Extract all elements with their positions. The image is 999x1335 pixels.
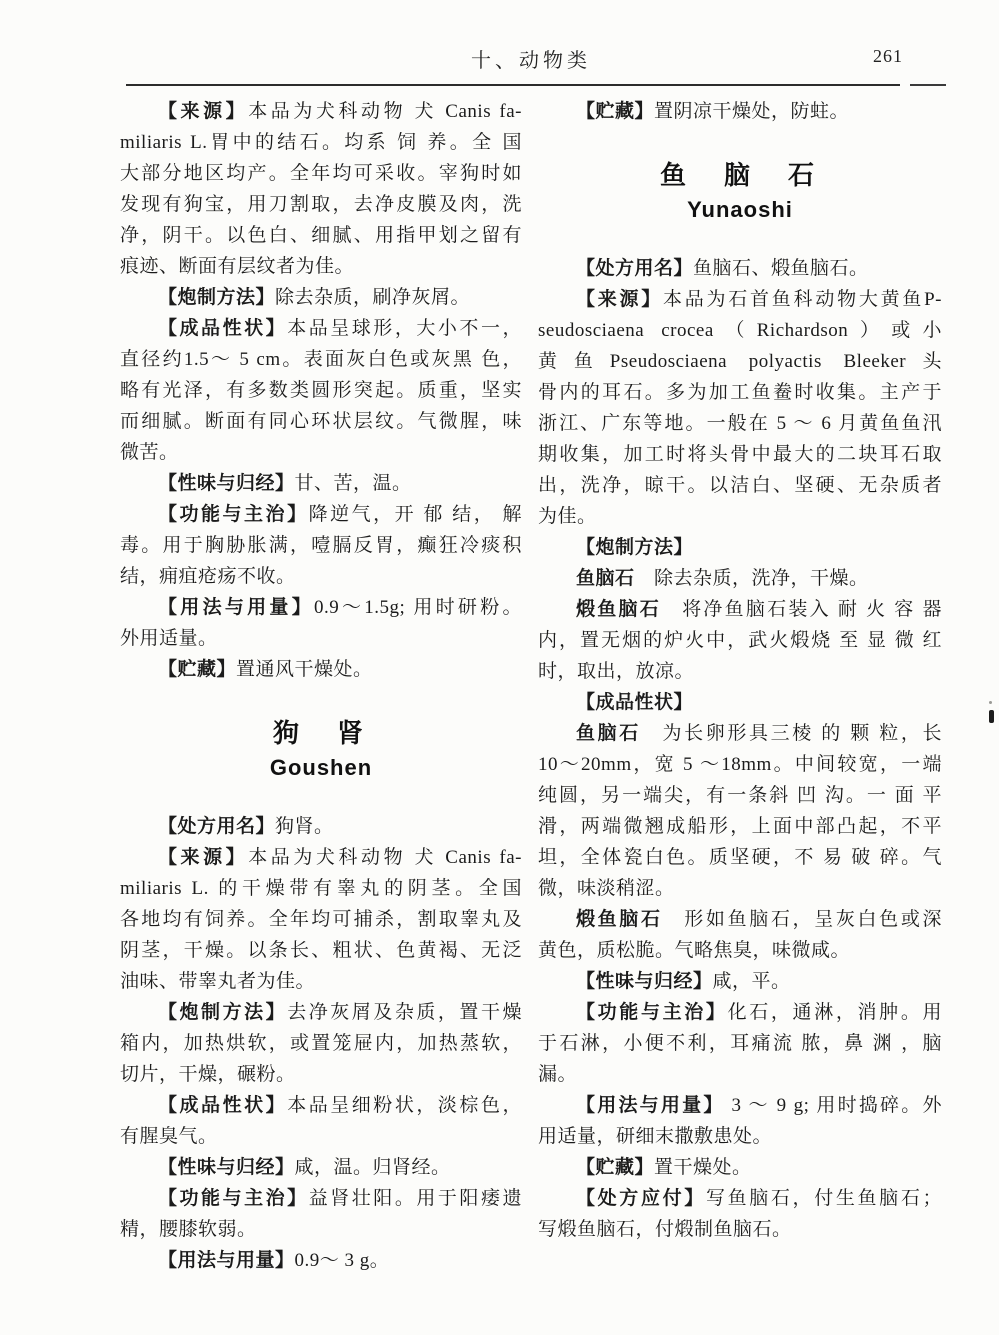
header-rule: [126, 84, 900, 86]
field-label: 【贮藏】: [576, 1157, 654, 1178]
section-title: 十、动物类: [120, 44, 942, 73]
text-line: 各地均有饲养。全年均可捕杀，割取睾丸及: [120, 904, 522, 935]
field-label: 【处方用名】: [158, 816, 275, 837]
text-line: 箱内，加热烘软，或置笼屉内，加热蒸软，: [120, 1028, 522, 1059]
text-line: 鱼脑石 除去杂质，洗净，干燥。: [538, 563, 942, 594]
text-line: 黄色，质松脆。气略焦臭，味微咸。: [538, 935, 942, 966]
text-line: 【用法与用量】 3 ～ 9 g; 用时捣碎。外: [538, 1090, 942, 1121]
text-line: 【用法与用量】0.9～1.5g; 用时研粉。: [120, 592, 522, 623]
field-label: 【来源】: [158, 847, 248, 868]
text-line: 用适量，研细末撒敷患处。: [538, 1121, 942, 1152]
text-line: 结，痈疽疮疡不收。: [120, 561, 522, 592]
text-line: 油味、带睾丸者为佳。: [120, 966, 522, 997]
text-line: 煅鱼脑石 将净鱼脑石装入 耐 火 容 器: [538, 594, 942, 625]
text-line: 【炮制方法】去净灰屑及杂质，置干燥: [120, 997, 522, 1028]
field-label: 【炮制方法】: [158, 1002, 287, 1023]
text-line: 于石淋，小便不利，耳痛流 脓，鼻 渊 ，脑: [538, 1028, 942, 1059]
text-line: 【来源】本品为犬科动物 犬 Canis fa-: [120, 96, 522, 127]
entry-pinyin: Yunaoshi: [538, 197, 942, 223]
field-label: 【成品性状】: [576, 692, 693, 713]
text-line: miliaris L.胃中的结石。均系 饲 养。全 国: [120, 127, 522, 158]
text-line: 煅鱼脑石 形如鱼脑石，呈灰白色或深: [538, 904, 942, 935]
text-line: 微，味淡稍涩。: [538, 873, 942, 904]
text-line: 净，阴干。以色白、细腻、用指甲划之留有: [120, 220, 522, 251]
text-line: 【成品性状】: [538, 687, 942, 718]
text-line: 【功能与主治】降逆气，开 郁 结， 解: [120, 499, 522, 530]
text-line: 痕迹、断面有层纹者为佳。: [120, 251, 522, 282]
text-line: 阴茎，干燥。以条长、粗状、色黄褐、无泛: [120, 935, 522, 966]
field-label: 【贮藏】: [158, 659, 236, 680]
text-line: 鱼脑石 为长卵形具三棱 的 颗 粒，长: [538, 718, 942, 749]
field-label: 【用法与用量】: [158, 1250, 295, 1271]
entry-pinyin: Goushen: [120, 755, 522, 781]
field-label: 煅鱼脑石: [576, 599, 661, 620]
field-label: 【处方应付】: [576, 1188, 706, 1209]
text-line: 10～20mm，宽 5 ～18mm。中间较宽，一端: [538, 749, 942, 780]
text-line: 写煅鱼脑石，付煅制鱼脑石。: [538, 1214, 942, 1245]
text-line: 【性味与归经】咸，平。: [538, 966, 942, 997]
field-label: 【性味与归经】: [158, 473, 295, 494]
text-line: 【贮藏】置通风干燥处。: [120, 654, 522, 685]
text-line: 坦，全体瓷白色。质坚硬，不 易 破 碎。气: [538, 842, 942, 873]
field-label: 【来源】: [576, 289, 663, 310]
text-line: 直径约1.5～ 5 cm。表面灰白色或灰黑 色，: [120, 344, 522, 375]
text-line: 大部分地区均产。全年均可采收。宰狗时如: [120, 158, 522, 189]
text-line: 【成品性状】本品呈细粉状，淡棕色，: [120, 1090, 522, 1121]
text-line: 内，置无烟的炉火中，武火煅烧 至 显 微 红: [538, 625, 942, 656]
book-page: 十、动物类 261 【来源】本品为犬科动物 犬 Canis fa-miliari…: [0, 0, 999, 1335]
text-line: 【处方用名】鱼脑石、煅鱼脑石。: [538, 253, 942, 284]
text-line: 黄鱼Pseudosciaena polyactis Bleeker头: [538, 346, 942, 377]
field-label: 【成品性状】: [158, 1095, 287, 1116]
text-line: 滑，两端微翘成船形，上面中部凸起，不平: [538, 811, 942, 842]
ink-artifact: [989, 710, 994, 723]
text-line: 【来源】本品为犬科动物 犬 Canis fa-: [120, 842, 522, 873]
text-line: 【炮制方法】除去杂质，刷净灰屑。: [120, 282, 522, 313]
text-line: 纯圆，另一端尖，有一条斜 凹 沟。一 面 平: [538, 780, 942, 811]
left-column: 【来源】本品为犬科动物 犬 Canis fa-miliaris L.胃中的结石。…: [120, 96, 522, 1276]
field-label: 【性味与归经】: [576, 971, 713, 992]
text-line: 【处方应付】写鱼脑石，付生鱼脑石；: [538, 1183, 942, 1214]
field-label: 【来源】: [158, 101, 248, 122]
field-label: 【用法与用量】: [576, 1095, 725, 1116]
field-label: 【成品性状】: [158, 318, 287, 339]
text-line: 【贮藏】置阴凉干燥处，防蛀。: [538, 96, 942, 127]
text-line: 【处方用名】狗肾。: [120, 811, 522, 842]
text-line: 期收集，加工时将头骨中最大的二块耳石取: [538, 439, 942, 470]
entry-title: 鱼 脑 石: [538, 159, 942, 193]
field-label: 【性味与归经】: [158, 1157, 295, 1178]
text-line: 【贮藏】置干燥处。: [538, 1152, 942, 1183]
field-label: 【贮藏】: [576, 101, 654, 122]
field-label: 【功能与主治】: [576, 1002, 728, 1023]
text-line: 微苦。: [120, 437, 522, 468]
text-line: 【性味与归经】甘、苦，温。: [120, 468, 522, 499]
text-line: 【功能与主治】化石，通淋，消肿。用: [538, 997, 942, 1028]
field-label: 【炮制方法】: [158, 287, 275, 308]
text-line: 【性味与归经】咸，温。归肾经。: [120, 1152, 522, 1183]
two-column-layout: 【来源】本品为犬科动物 犬 Canis fa-miliaris L.胃中的结石。…: [120, 96, 942, 1276]
page-number: 261: [873, 46, 903, 67]
text-line: 出，洗净，晾干。以洁白、坚硬、无杂质者: [538, 470, 942, 501]
text-line: 发现有狗宝，用刀割取，去净皮膜及肉，洗: [120, 189, 522, 220]
text-line: 切片，干燥，碾粉。: [120, 1059, 522, 1090]
text-line: 【功能与主治】益肾壮阳。用于阳痿遗: [120, 1183, 522, 1214]
text-line: seudosciaena crocea（Richardson）或小: [538, 315, 942, 346]
text-line: 精，腰膝软弱。: [120, 1214, 522, 1245]
text-line: 有腥臭气。: [120, 1121, 522, 1152]
field-label: 鱼脑石: [576, 568, 635, 589]
text-line: 略有光泽，有多数类圆形突起。质重，坚实: [120, 375, 522, 406]
header-rule-dash: [910, 84, 946, 86]
field-label: 煅鱼脑石: [576, 909, 663, 930]
field-label: 【用法与用量】: [158, 597, 314, 618]
field-label: 【功能与主治】: [158, 504, 309, 525]
entry-title: 狗 肾: [120, 717, 522, 751]
field-label: 【处方用名】: [576, 258, 693, 279]
text-line: 为佳。: [538, 501, 942, 532]
text-line: 而细腻。断面有同心环状层纹。气微腥，味: [120, 406, 522, 437]
text-line: 漏。: [538, 1059, 942, 1090]
right-column: 【贮藏】置阴凉干燥处，防蛀。鱼 脑 石Yunaoshi【处方用名】鱼脑石、煅鱼脑…: [538, 96, 942, 1276]
field-label: 【炮制方法】: [576, 537, 693, 558]
text-line: 时，取出，放凉。: [538, 656, 942, 687]
text-line: 【成品性状】本品呈球形，大小不一，: [120, 313, 522, 344]
text-line: miliaris L. 的干燥带有睾丸的阴茎。全国: [120, 873, 522, 904]
field-label: 【功能与主治】: [158, 1188, 309, 1209]
text-line: 外用适量。: [120, 623, 522, 654]
text-line: 浙江、广东等地。一般在 5 ～ 6 月黄鱼鱼汛: [538, 408, 942, 439]
text-line: 【来源】本品为石首鱼科动物大黄鱼P-: [538, 284, 942, 315]
text-line: 【炮制方法】: [538, 532, 942, 563]
field-label: 鱼脑石: [576, 723, 641, 744]
text-line: 毒。用于胸胁胀满，噎膈反胃，癫狂冷痰积: [120, 530, 522, 561]
text-line: 骨内的耳石。多为加工鱼鲞时收集。主产于: [538, 377, 942, 408]
text-line: 【用法与用量】0.9～ 3 g。: [120, 1245, 522, 1276]
